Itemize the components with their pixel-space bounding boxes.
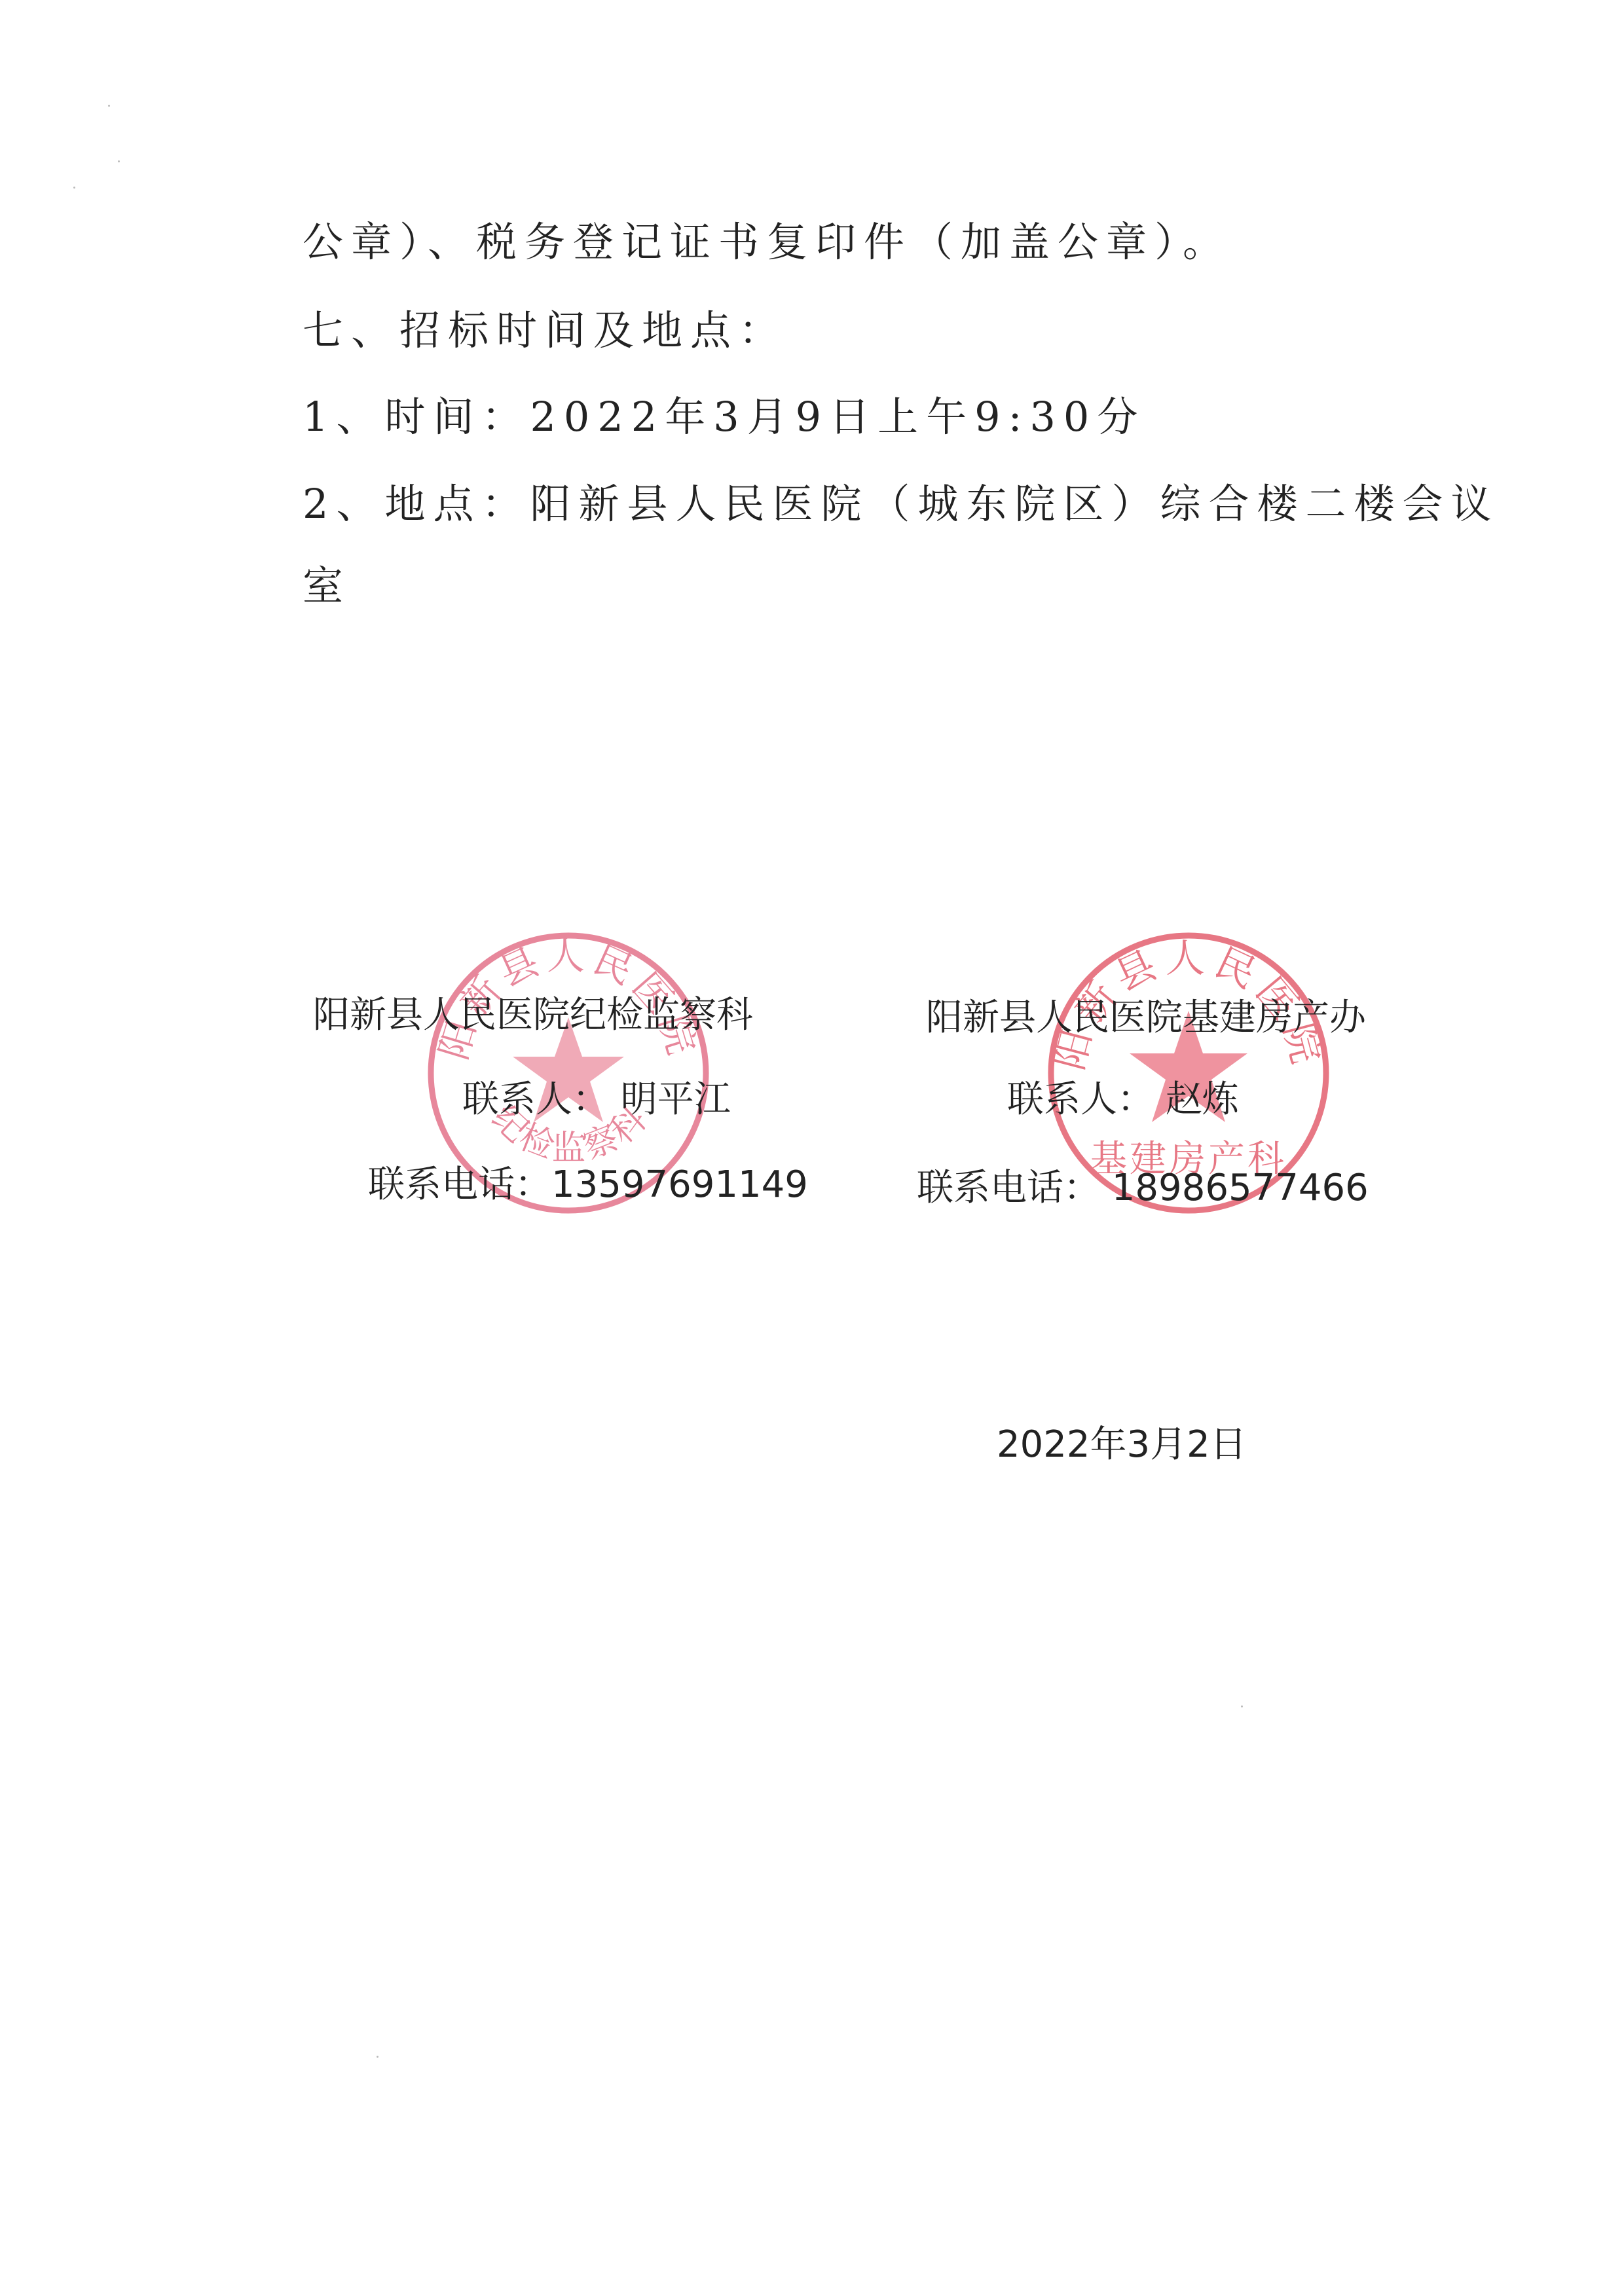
scan-speck [1241, 1705, 1243, 1707]
bid-location-line: 2、地点：阳新县人民医院（城东院区）综合楼二楼会议 [303, 478, 1499, 530]
signature-org-right: 阳新县人民医院基建房产办 [926, 995, 1366, 1041]
scan-speck [108, 105, 110, 107]
scan-speck [118, 160, 120, 162]
scan-speck [377, 2056, 378, 2058]
document-page: 公章）、税务登记证书复印件（加盖公章）。 七、招标时间及地点： 1、时间：202… [0, 0, 1624, 2296]
signature-phone-right: 联系电话： 18986577466 [917, 1165, 1369, 1211]
bid-location-line-cont: 室 [303, 560, 351, 612]
section-heading-bid-time-location: 七、招标时间及地点： [303, 304, 787, 357]
signature-org-left: 阳新县人民医院纪检监察科 [313, 993, 753, 1038]
signature-contact-right: 联系人： 赵炼 [1007, 1077, 1239, 1123]
signature-contact-left: 联系人： 明平江 [462, 1077, 731, 1123]
body-line-1: 公章）、税务登记证书复印件（加盖公章）。 [303, 216, 1231, 268]
scan-speck [73, 187, 75, 189]
bid-time-line: 1、时间：2022年3月9日上午9:30分 [303, 391, 1145, 443]
document-date: 2022年3月2日 [997, 1422, 1247, 1468]
signature-phone-left: 联系电话：13597691149 [368, 1162, 808, 1208]
